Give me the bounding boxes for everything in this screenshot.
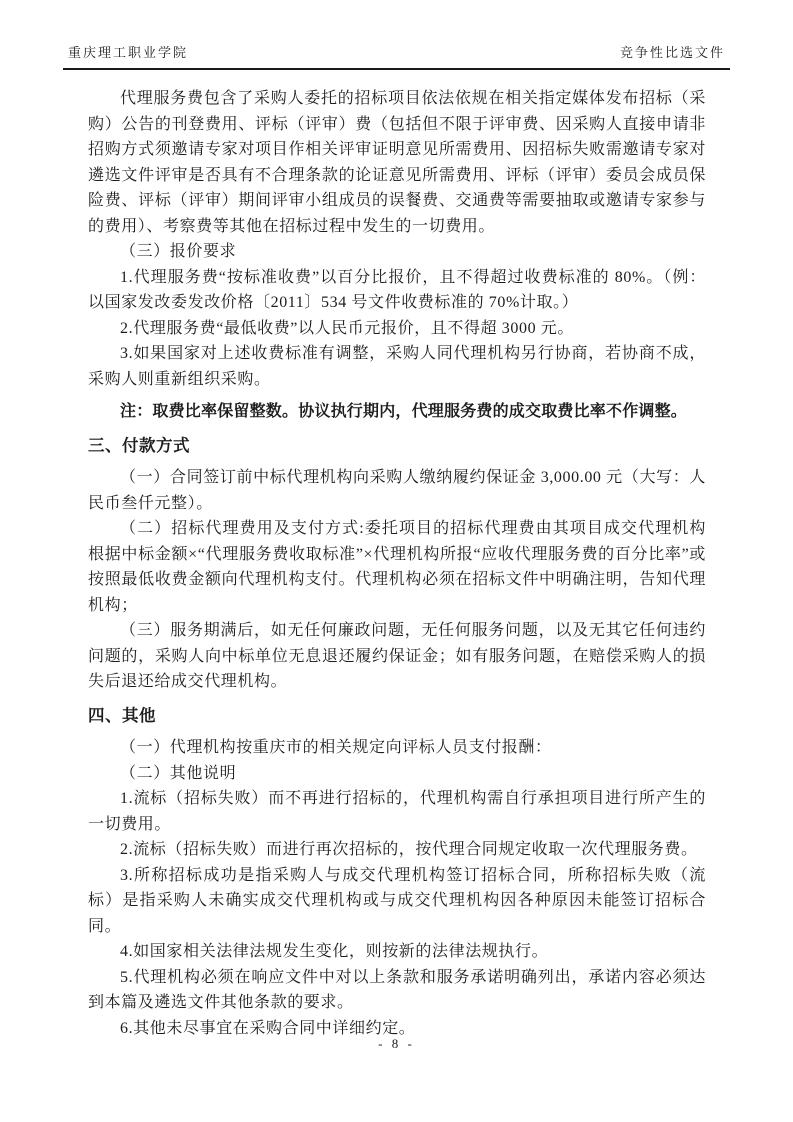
paragraph: （三）服务期满后，如无任何廉政问题，无任何服务问题，以及无其它任何违约问题的，采… xyxy=(88,618,706,695)
header-org-name: 重庆理工职业学院 xyxy=(68,42,188,61)
header-doc-type: 竞争性比选文件 xyxy=(620,42,725,61)
section-heading: 三、付款方式 xyxy=(88,434,706,460)
paragraph: 4.如国家相关法律法规发生变化，则按新的法律法规执行。 xyxy=(88,939,706,965)
page-header: 重庆理工职业学院 竞争性比选文件 xyxy=(63,0,730,70)
paragraph: 1.流标（招标失败）而不再进行招标的，代理机构需自行承担项目进行所产生的一切费用… xyxy=(88,786,706,837)
page-footer: - 8 - xyxy=(0,1036,793,1052)
paragraph: 1.代理服务费“按标准收费”以百分比报价，且不得超过收费标准的 80%。（例：以… xyxy=(88,265,706,316)
document-page: 重庆理工职业学院 竞争性比选文件 代理服务费包含了采购人委托的招标项目依法依规在… xyxy=(0,0,793,1122)
paragraph: 2.代理服务费“最低收费”以人民币元报价，且不得超 3000 元。 xyxy=(88,316,706,342)
paragraph: 2.流标（招标失败）而进行再次招标的，按代理合同规定收取一次代理服务费。 xyxy=(88,837,706,863)
paragraph: （一）合同签订前中标代理机构向采购人缴纳履约保证金 3,000.00 元（大写：… xyxy=(88,465,706,516)
paragraph: （一）代理机构按重庆市的相关规定向评标人员支付报酬： xyxy=(88,735,706,761)
paragraph: 注：取费比率保留整数。协议执行期内，代理服务费的成交取费比率不作调整。 xyxy=(88,399,706,425)
paragraph: 代理服务费包含了采购人委托的招标项目依法依规在相关指定媒体发布招标（采购）公告的… xyxy=(88,86,706,239)
section-heading: 四、其他 xyxy=(88,704,706,730)
page-number: - 8 - xyxy=(378,1036,415,1051)
paragraph: （二）招标代理费用及支付方式:委托项目的招标代理费由其项目成交代理机构根据中标金… xyxy=(88,516,706,618)
paragraph: 3.所称招标成功是指采购人与成交代理机构签订招标合同，所称招标失败（流标）是指采… xyxy=(88,863,706,940)
paragraph: （三）报价要求 xyxy=(88,239,706,265)
document-body: 代理服务费包含了采购人委托的招标项目依法依规在相关指定媒体发布招标（采购）公告的… xyxy=(88,86,706,1041)
paragraph: 5.代理机构必须在响应文件中对以上条款和服务承诺明确列出，承诺内容必须达到本篇及… xyxy=(88,965,706,1016)
paragraph: （二）其他说明 xyxy=(88,761,706,787)
paragraph: 3.如果国家对上述收费标准有调整，采购人同代理机构另行协商，若协商不成，采购人则… xyxy=(88,341,706,392)
